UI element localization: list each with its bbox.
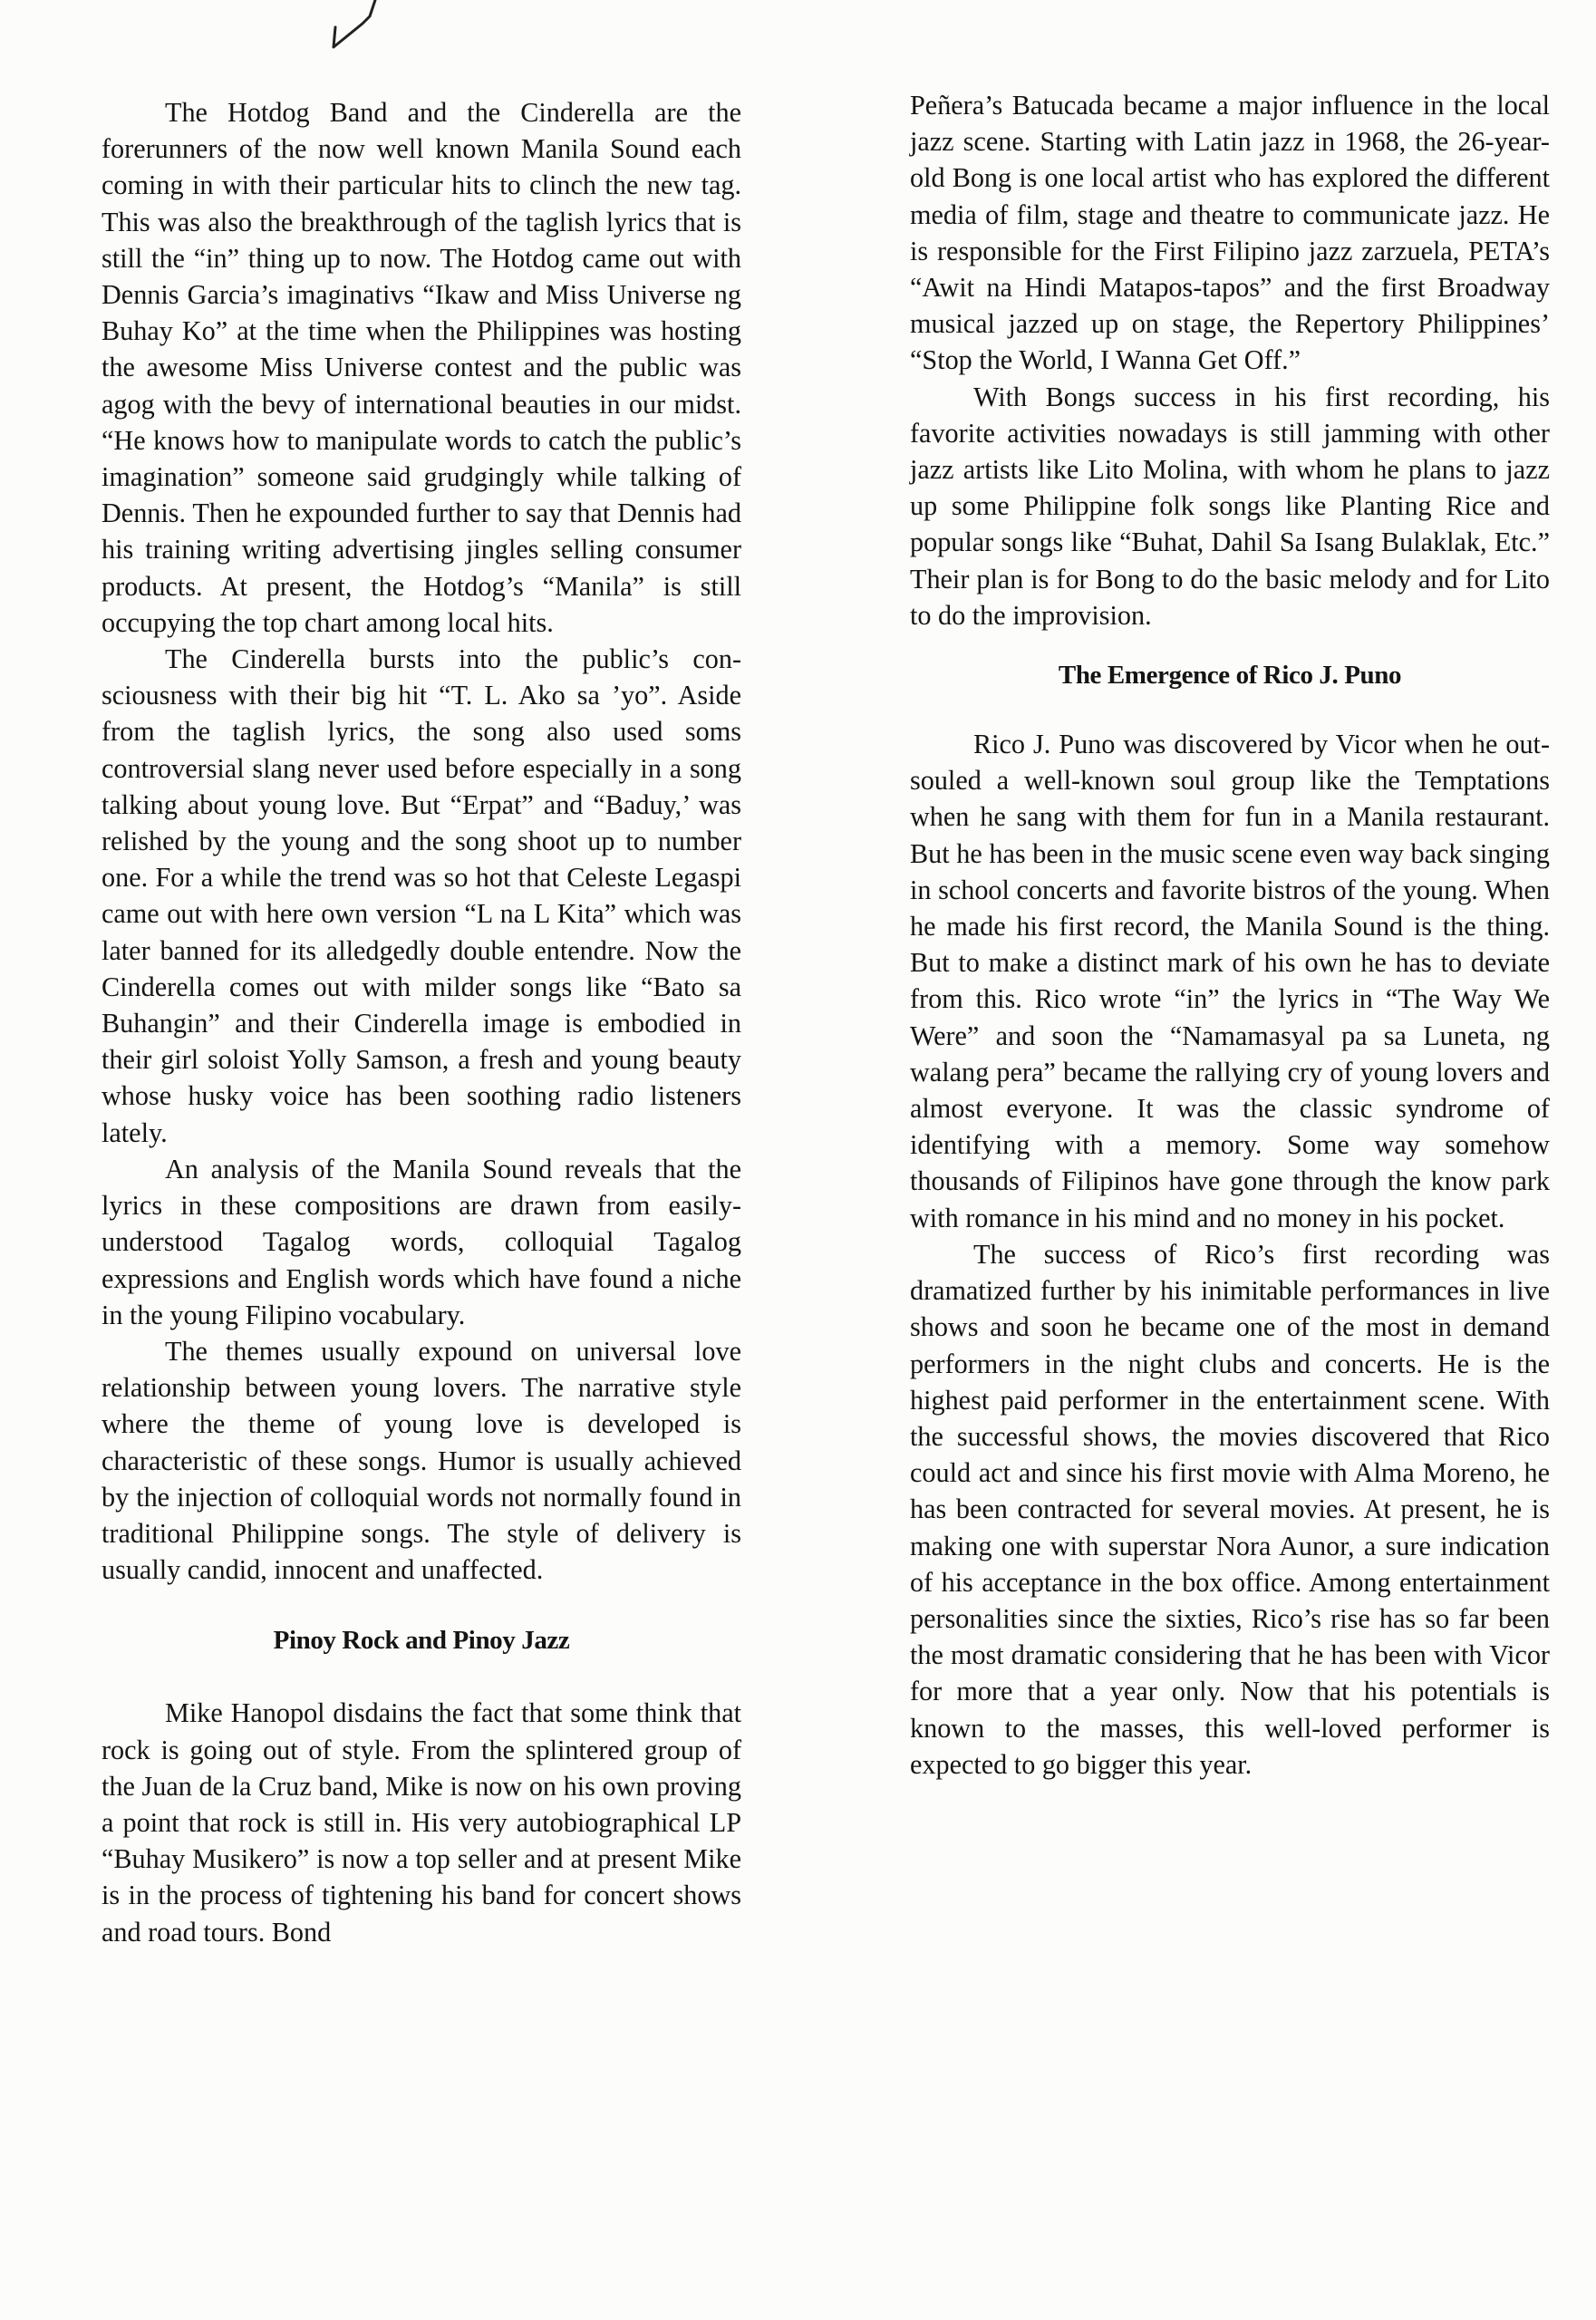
paragraph-bong-success: With Bongs success in his first recordin… [910, 379, 1550, 633]
checkmark-icon [326, 0, 381, 54]
document-page: The Hotdog Band and the Cinderella are t… [0, 0, 1596, 2320]
paragraph-cinderella-hit: The Cinderella bursts into the public’s … [102, 641, 741, 1151]
paragraph-rico-discovered: Rico J. Puno was discovered by Vicor whe… [910, 726, 1550, 1236]
paragraph-bong-penera: Peñera’s Batucada became a major influen… [910, 87, 1550, 379]
paragraph-rico-success: The success of Rico’s first recording wa… [910, 1236, 1550, 1783]
paragraph-themes: The themes usually expound on universal … [102, 1333, 741, 1588]
right-column: Peñera’s Batucada became a major influen… [910, 87, 1550, 1783]
paragraph-mike-hanopol: Mike Hanopol disdains the fact that some… [102, 1695, 741, 1949]
paragraph-manila-sound-analysis: An analysis of the Manila Sound reveals … [102, 1151, 741, 1333]
section-heading-rico-puno: The Emergence of Rico J. Puno [910, 659, 1550, 691]
section-heading-pinoy-rock-jazz: Pinoy Rock and Pinoy Jazz [102, 1624, 741, 1657]
paragraph-hotdog-cinderella: The Hotdog Band and the Cinderella are t… [102, 94, 741, 641]
left-column: The Hotdog Band and the Cinderella are t… [102, 94, 741, 1950]
